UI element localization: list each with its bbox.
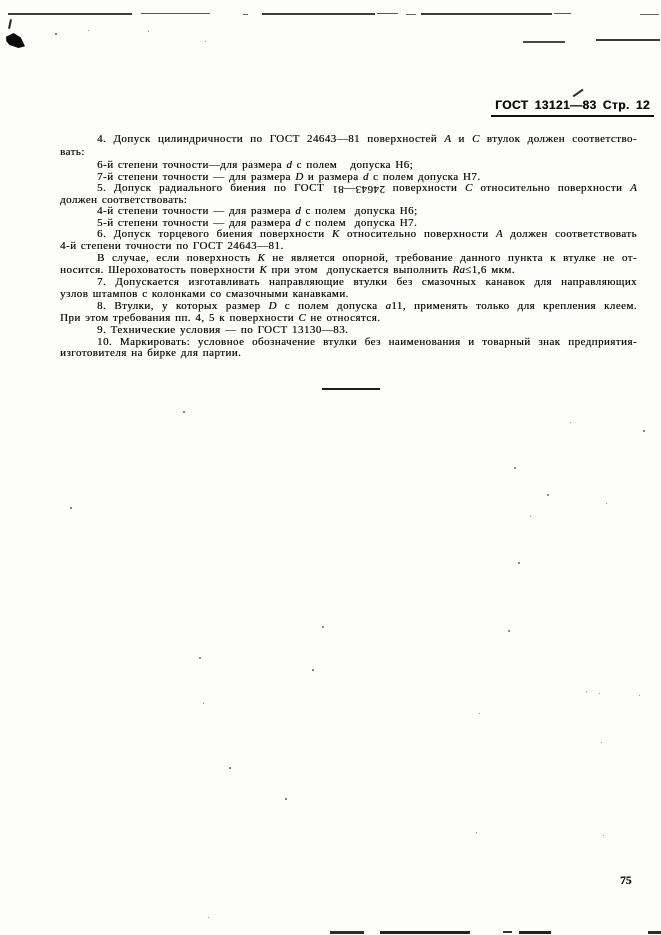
italic-designation: K	[259, 264, 267, 276]
text-segment: не является опорной, требование данного …	[265, 252, 637, 264]
scan-noise-dot	[547, 494, 549, 496]
text-line: изготовителя на бирке для партии.	[60, 347, 637, 359]
text-segment: с полем допуска	[277, 300, 386, 312]
scan-noise-dot	[601, 742, 602, 743]
text-segment: 8. Втулки, у которых размер	[97, 300, 268, 312]
text-line: вать:	[60, 146, 637, 158]
scan-noise-dot	[603, 835, 604, 836]
text-segment: 5. Допуск радиального биения по ГОСТ	[97, 182, 332, 194]
text-line: узлов штампов с колонками со смазочными …	[60, 288, 637, 300]
text-segment: вать:	[60, 146, 85, 158]
text-line: 6. Допуск торцевого биения поверхности K…	[60, 228, 637, 240]
text-segment: 6. Допуск торцевого биения поверхности	[97, 228, 332, 240]
scan-noise-dot	[606, 503, 607, 504]
scan-noise-dot	[55, 33, 57, 35]
scan-noise-dot	[203, 703, 204, 704]
text-line: носится. Шероховатость поверхности K при…	[60, 264, 637, 276]
scan-noise-dot	[208, 917, 209, 918]
scan-noise-dot	[530, 516, 531, 517]
section-divider	[322, 388, 380, 390]
text-segment: узлов штампов с колонками со смазочными …	[60, 288, 349, 300]
text-line: В случае, если поверхность K не является…	[60, 252, 637, 264]
text-segment: 4-й степени точности — для размера	[97, 205, 295, 217]
scan-noise-dot	[586, 691, 587, 692]
scan-artifact-line	[519, 931, 551, 934]
text-line: 8. Втулки, у которых размер D с полем до…	[60, 300, 637, 312]
italic-designation: Ra	[452, 264, 465, 276]
text-segment: и	[451, 133, 472, 145]
scan-noise-dot	[570, 422, 571, 423]
scan-noise-dot	[322, 626, 324, 628]
text-segment: В случае, если поверхность	[97, 252, 257, 264]
page-number: 75	[620, 875, 632, 887]
scan-noise-dot	[639, 695, 640, 696]
italic-designation: A	[630, 182, 637, 194]
text-line: 7-й степени точности — для размера D и р…	[60, 171, 637, 183]
text-segment: должен соответствовать:	[60, 194, 187, 206]
scan-noise-dot	[643, 430, 645, 432]
text-segment: изготовителя на бирке для партии.	[60, 347, 241, 359]
italic-designation: K	[257, 252, 265, 264]
text-segment: 5-й степени точности — для размера	[97, 217, 295, 229]
text-segment: 10. Маркировать: условное обозначение вт…	[97, 336, 637, 348]
scan-noise-dot	[514, 467, 516, 469]
text-segment: 6-й степени точности—для размера	[97, 159, 286, 171]
scan-artifact-line	[648, 931, 661, 934]
text-segment: 4. Допуск цилиндричности по ГОСТ 24643—8…	[97, 133, 444, 145]
text-segment: с полем допуска Н7.	[369, 171, 481, 183]
text-segment: при этом допускается выполнить	[267, 264, 453, 276]
scan-noise-dot	[599, 693, 600, 694]
italic-designation: C	[298, 312, 306, 324]
text-line: 10. Маркировать: условное обозначение вт…	[60, 336, 637, 348]
text-segment: должен соответствовать	[503, 228, 637, 240]
text-line: 5-й степени точности — для размера d с п…	[60, 217, 637, 229]
text-segment: носится. Шероховатость поверхности	[60, 264, 259, 276]
text-segment: с полем допуска Н6;	[301, 205, 418, 217]
text-line: 6-й степени точности—для размера d с пол…	[60, 159, 637, 171]
document-page: ГОСТ 13121—83 Стр. 12 4. Допуск цилиндри…	[0, 0, 661, 935]
italic-designation: D	[268, 300, 276, 312]
scan-noise-dot	[70, 507, 72, 509]
text-line: При этом требования пп. 4, 5 к поверхнос…	[60, 312, 637, 324]
text-segment: При этом требования пп. 4, 5 к поверхнос…	[60, 312, 298, 324]
scan-noise-dot	[479, 713, 480, 714]
text-segment: 7. Допускается изготавливать направляющи…	[97, 276, 637, 288]
text-segment: с полем допуска Н7.	[301, 217, 417, 229]
text-segment: относительно поверхности	[473, 182, 631, 194]
scan-noise-dot	[285, 798, 287, 800]
text-line: 5. Допуск радиального биения по ГОСТ 246…	[60, 182, 637, 194]
scan-noise-dot	[199, 657, 201, 659]
text-line: должен соответствовать:	[60, 194, 637, 206]
scan-noise-dot	[476, 832, 477, 833]
italic-designation: A	[496, 228, 503, 240]
text-line: 4. Допуск цилиндричности по ГОСТ 24643—8…	[60, 133, 637, 145]
text-segment: втулок должен соответство-	[480, 133, 637, 145]
text-line: 4-й степени точности по ГОСТ 24643—81.	[60, 240, 637, 252]
text-segment: с полем допуска Н6;	[292, 159, 413, 171]
scan-artifact-line	[503, 931, 512, 933]
text-line: 4-й степени точности — для размера d с п…	[60, 205, 637, 217]
italic-designation: C	[472, 133, 480, 145]
document-text: 4. Допуск цилиндричности по ГОСТ 24643—8…	[0, 0, 661, 400]
scan-noise-dot	[229, 767, 231, 769]
scan-artifact-line	[330, 931, 364, 934]
text-line: 7. Допускается изготавливать направляющи…	[60, 276, 637, 288]
text-segment: не относятся.	[306, 312, 380, 324]
scan-noise-dot	[312, 669, 314, 671]
scan-artifact-line	[380, 931, 470, 934]
scan-noise-dot	[518, 562, 520, 564]
text-segment: 4-й степени точности по ГОСТ 24643—81.	[60, 240, 284, 252]
text-segment: ≤1,6 мкм.	[465, 264, 515, 276]
text-segment: и размера	[303, 171, 362, 183]
text-segment: 11, применять только для крепления клеем…	[391, 300, 637, 312]
text-line: 9. Технические условия — по ГОСТ 13130—8…	[60, 324, 637, 336]
scan-noise-dot	[508, 630, 510, 632]
scan-noise-dot	[183, 411, 185, 413]
text-segment: относительно поверхности	[339, 228, 495, 240]
text-segment: 7-й степени точности — для размера	[97, 171, 295, 183]
italic-designation: C	[465, 182, 473, 194]
text-segment: 9. Технические условия — по ГОСТ 13130—8…	[97, 324, 348, 336]
text-segment: поверхности	[385, 182, 465, 194]
